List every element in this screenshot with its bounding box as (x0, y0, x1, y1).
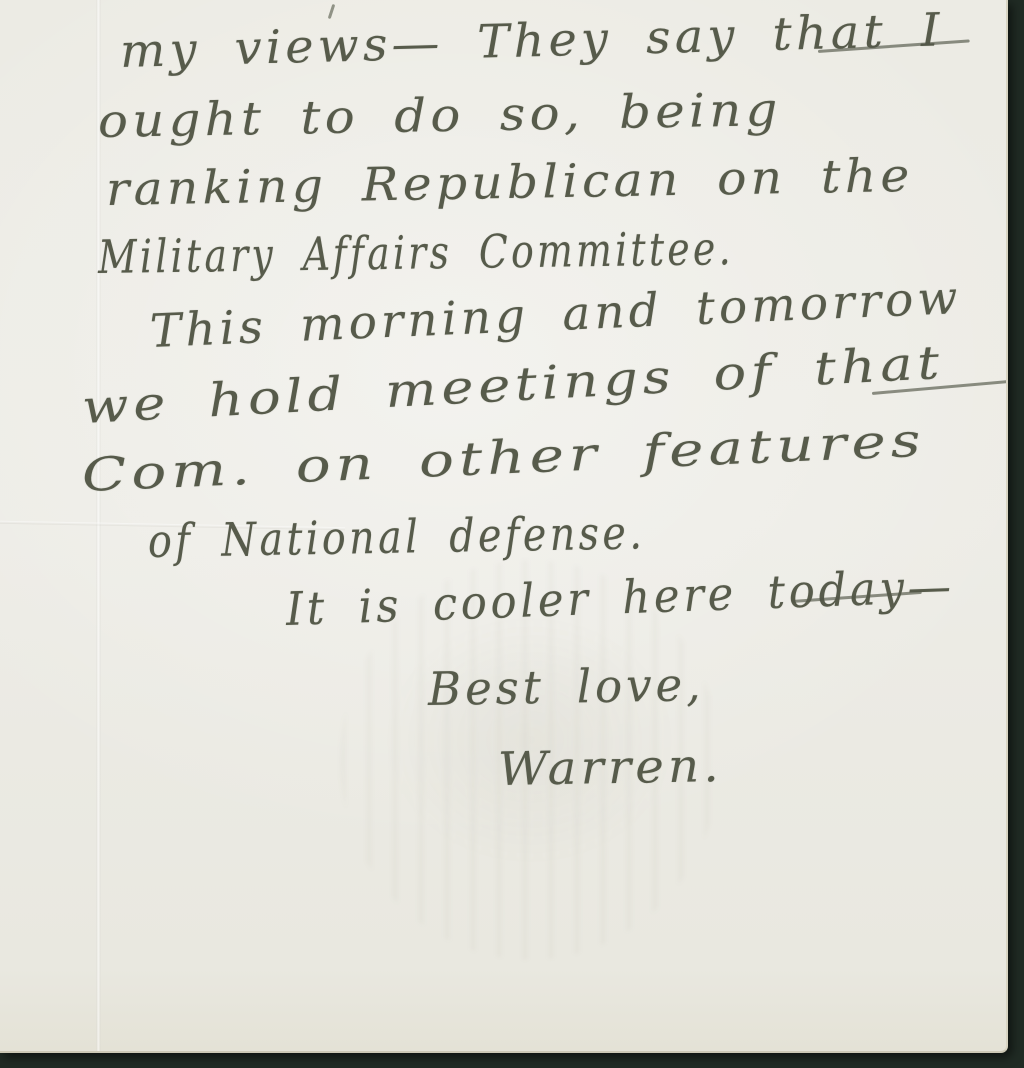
stray-ink-mark (328, 4, 335, 19)
signature: Warren. (498, 742, 724, 792)
scanned-letter: my views— They say that I ought to do so… (0, 0, 1024, 1068)
handwritten-line: ought to do so, being (98, 86, 782, 144)
letter-page: my views— They say that I ought to do so… (0, 0, 1008, 1053)
closing-valediction: Best love, (428, 661, 705, 712)
handwritten-line: my views— They say that I (119, 6, 944, 74)
handwritten-line: Com. on other features (81, 417, 926, 498)
handwritten-line: Military Affairs Committee. (98, 225, 734, 280)
handwritten-line: of National defense. (148, 509, 646, 564)
handwritten-line: ranking Republican on the (106, 152, 914, 212)
